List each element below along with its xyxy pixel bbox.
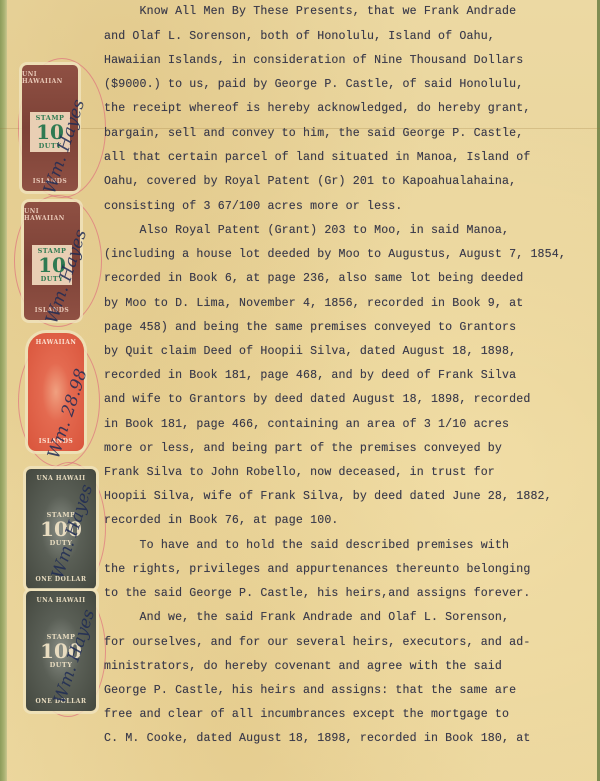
text-line: and Olaf L. Sorenson, both of Honolulu, …: [104, 30, 495, 44]
stamp-top-text: UNI HAWAIIAN: [24, 208, 80, 222]
text-line: more or less, and being part of the prem…: [104, 442, 502, 456]
text-line: by Moo to D. Lima, November 4, 1856, rec…: [104, 297, 523, 311]
text-line: recorded in Book 6, at page 236, also sa…: [104, 272, 523, 286]
text-line: C. M. Cooke, dated August 18, 1898, reco…: [104, 732, 530, 746]
green-backing-strip-left: [0, 0, 7, 781]
text-line: To have and to hold the said described p…: [104, 539, 509, 553]
text-line: Know All Men By These Presents, that we …: [104, 5, 516, 19]
text-line: Frank Silva to John Robello, now decease…: [104, 466, 495, 480]
text-line: Hawaiian Islands, in consideration of Ni…: [104, 54, 523, 68]
stamp-top-text: HAWAIIAN: [36, 339, 77, 346]
text-line: free and clear of all incumbrances excep…: [104, 708, 509, 722]
text-line: page 458) and being the same premises co…: [104, 321, 516, 335]
text-line: George P. Castle, his heirs and assigns:…: [104, 684, 516, 698]
text-line: and wife to Grantors by deed dated Augus…: [104, 393, 530, 407]
text-line: bargain, sell and convey to him, the sai…: [104, 127, 523, 141]
text-line: the receipt whereof is hereby acknowledg…: [104, 102, 530, 116]
deed-page: UNI HAWAIIAN STAMP 10 DUTY ISLANDS UNI H…: [0, 0, 600, 781]
text-line: consisting of 3 67/100 acres more or les…: [104, 200, 403, 214]
text-line: ministrators, do hereby covenant and agr…: [104, 660, 502, 674]
text-line: for ourselves, and for our several heirs…: [104, 636, 530, 650]
stamp-top-text: UNA HAWAII: [36, 597, 85, 604]
text-line: And we, the said Frank Andrade and Olaf …: [104, 611, 509, 625]
text-line: by Quit claim Deed of Hoopii Silva, date…: [104, 345, 516, 359]
text-line: to the said George P. Castle, his heirs,…: [104, 587, 530, 601]
text-line: the rights, privileges and appurtenances…: [104, 563, 530, 577]
text-line: (including a house lot deeded by Moo to …: [104, 248, 566, 262]
text-line: in Book 181, page 466, containing an are…: [104, 418, 509, 432]
stamp-top-text: UNI HAWAIIAN: [22, 71, 78, 85]
text-line: all that certain parcel of land situated…: [104, 151, 530, 165]
text-line: recorded in Book 181, page 468, and by d…: [104, 369, 516, 383]
text-line: Also Royal Patent (Grant) 203 to Moo, in…: [104, 224, 509, 238]
text-line: ($9000.) to us, paid by George P. Castle…: [104, 78, 523, 92]
text-line: Oahu, covered by Royal Patent (Gr) 201 t…: [104, 175, 516, 189]
text-line: recorded in Book 76, at page 100.: [104, 514, 339, 528]
text-line: Hoopii Silva, wife of Frank Silva, by de…: [104, 490, 552, 504]
